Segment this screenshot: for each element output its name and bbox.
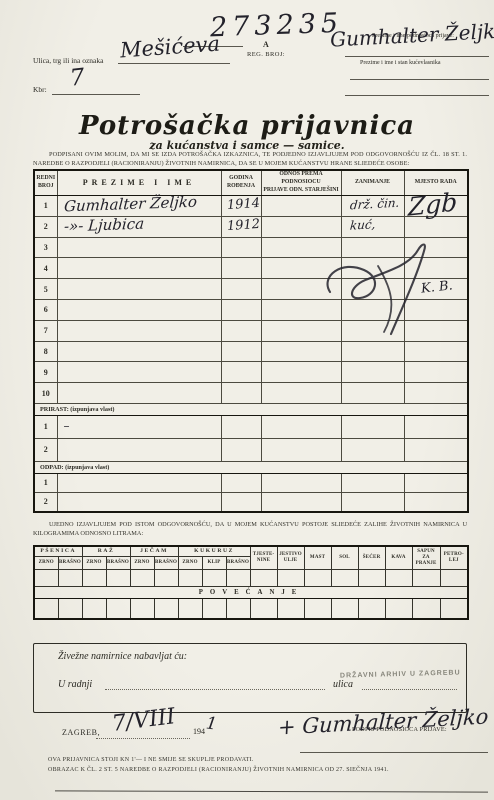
sub-header: BRAŠNO xyxy=(106,557,130,570)
occupation-cell: drž. čin. xyxy=(341,196,404,217)
relation-cell xyxy=(261,362,341,383)
relation-cell xyxy=(261,383,341,404)
empty-cell xyxy=(226,599,250,620)
applicant-name-handwritten: Gumhalter Željko xyxy=(330,20,494,49)
persons-table-wrap: REDNI BROJPREZIME I IMEGODINA ROĐENJAODN… xyxy=(33,169,469,513)
odpad-row: 2 xyxy=(34,492,468,512)
row-number: 2 xyxy=(34,492,57,512)
supplies-table: PŠENICARAŽJEČAMKUKURUZTJESTE- NINEJESTIV… xyxy=(33,545,469,620)
document-page: 273235 A REG. BROJ: Prezime i ime podnos… xyxy=(0,0,494,800)
landlord-line-2 xyxy=(345,95,489,96)
handwritten-dash: – xyxy=(64,420,70,432)
name-handwritten: Gumhalter Željko xyxy=(63,195,197,215)
column-header: SOL xyxy=(331,546,358,570)
empty-cell xyxy=(202,599,226,620)
reg-number-handwritten: 273235 xyxy=(210,10,344,42)
row-number: 1 xyxy=(34,473,57,492)
empty-cell xyxy=(304,570,331,587)
empty-cell xyxy=(34,599,58,620)
empty-cell xyxy=(106,570,130,587)
empty-cell xyxy=(341,415,404,438)
birth-year-cell xyxy=(221,299,261,320)
ulica-label: ulica xyxy=(333,679,353,690)
house-number-handwritten: 7 xyxy=(69,66,86,90)
column-header: SAPUN ZA PRANJE xyxy=(412,546,440,570)
row-number: 1 xyxy=(34,196,57,217)
empty-cell xyxy=(261,492,341,512)
name-handwritten: -»- Ljubica xyxy=(63,216,144,234)
table-row: 8 xyxy=(34,341,468,362)
sub-header: BRAŠNO xyxy=(154,557,178,570)
applicant-line xyxy=(345,56,489,57)
row-number: 2 xyxy=(34,438,57,461)
odpad-row: 1 xyxy=(34,473,468,492)
shop-label: U radnji xyxy=(58,679,92,690)
intro-paragraph: PODPISANI OVIM MOLIM, DA MI SE IZDA POTR… xyxy=(33,150,467,169)
row-number: 5 xyxy=(34,279,57,300)
supplies-table-wrap: PŠENICARAŽJEČAMKUKURUZTJESTE- NINEJESTIV… xyxy=(33,545,469,620)
empty-cell xyxy=(34,570,58,587)
workplace-cell xyxy=(404,383,468,404)
supplies-data-row xyxy=(34,570,468,587)
name-cell xyxy=(57,492,221,512)
purchase-title: Živežne namirnice nabavljat ću: xyxy=(58,651,187,662)
occupation-cell xyxy=(341,362,404,383)
group-header: PŠENICA xyxy=(34,546,82,557)
empty-cell xyxy=(385,599,412,620)
name-cell xyxy=(57,341,221,362)
empty-cell xyxy=(130,599,154,620)
scan-edge-line xyxy=(55,790,488,792)
occupation-cell xyxy=(341,383,404,404)
empty-cell xyxy=(304,599,331,620)
landlord-label: Prezime i ime i stan kućevlasnika xyxy=(360,60,440,66)
column-header: MAST xyxy=(304,546,331,570)
name-cell xyxy=(57,258,221,279)
occupation-handwritten: drž. čin. xyxy=(349,197,399,212)
prirast-row: 2 xyxy=(34,438,468,461)
empty-cell xyxy=(412,599,440,620)
section-label: PRIRAST: (izpunjava vlast) xyxy=(34,403,468,415)
row-number: 3 xyxy=(34,237,57,258)
empty-cell xyxy=(154,599,178,620)
empty-cell xyxy=(440,570,468,587)
group-header: RAŽ xyxy=(82,546,130,557)
empty-cell xyxy=(221,492,261,512)
reg-broj-label: REG. BROJ: xyxy=(247,51,285,58)
name-cell: – xyxy=(57,415,221,438)
table-row: 1Gumhalter Željko1914drž. čin. xyxy=(34,196,468,217)
sub-header: ZRNO xyxy=(130,557,154,570)
column-header: REDNI BROJ xyxy=(34,170,57,196)
sub-header: ZRNO xyxy=(34,557,58,570)
street-label: Ulica, trg ili ina oznaka xyxy=(33,56,103,65)
empty-cell xyxy=(404,473,468,492)
empty-cell xyxy=(358,570,385,587)
birth-year-cell xyxy=(221,320,261,341)
form-reference-note: OBRAZAC K ČL. 2 ST. 5 NAREDBE O RAZPODJE… xyxy=(48,767,389,773)
handwritten-flourish xyxy=(318,234,468,339)
povecanje-row: POVEĆANJE xyxy=(34,587,468,599)
street-handwritten: Mešićeva xyxy=(119,34,220,62)
birth-year-cell: 1914 xyxy=(221,196,261,217)
empty-cell xyxy=(341,438,404,461)
empty-cell xyxy=(331,570,358,587)
row-number: 1 xyxy=(34,415,57,438)
birth-year-cell xyxy=(221,362,261,383)
sub-header: ZRNO xyxy=(178,557,202,570)
prirast-section-label: PRIRAST: (izpunjava vlast) xyxy=(34,403,468,415)
povecanje-label: POVEĆANJE xyxy=(34,587,468,599)
sub-header: BRAŠNO xyxy=(58,557,82,570)
empty-cell xyxy=(261,438,341,461)
empty-cell xyxy=(226,570,250,587)
relation-cell xyxy=(261,196,341,217)
birth-year-handwritten: 1914 xyxy=(226,197,260,212)
empty-cell xyxy=(130,570,154,587)
empty-cell xyxy=(261,473,341,492)
empty-cell xyxy=(221,438,261,461)
empty-cell xyxy=(221,473,261,492)
ulica-line xyxy=(362,689,457,690)
house-number-label: Kbr: xyxy=(33,85,47,94)
occupation-handwritten: kuć, xyxy=(349,218,376,231)
empty-cell xyxy=(58,570,82,587)
form-title: Potrošačka prijavnica xyxy=(0,111,494,141)
birth-year-cell xyxy=(221,341,261,362)
date-line xyxy=(96,738,190,739)
empty-cell xyxy=(261,415,341,438)
section-label: ODPAD: (izpunjava vlast) xyxy=(34,461,468,473)
empty-cell xyxy=(58,599,82,620)
signature-line xyxy=(300,752,488,753)
empty-cell xyxy=(404,438,468,461)
year-label: 194 xyxy=(193,727,205,736)
row-number: 9 xyxy=(34,362,57,383)
empty-cell xyxy=(178,599,202,620)
birth-year-cell xyxy=(221,279,261,300)
name-cell xyxy=(57,383,221,404)
group-header: KUKURUZ xyxy=(178,546,250,557)
name-cell xyxy=(57,237,221,258)
empty-cell xyxy=(154,570,178,587)
empty-cell xyxy=(385,570,412,587)
empty-cell xyxy=(341,492,404,512)
empty-cell xyxy=(202,570,226,587)
supplies-data-row xyxy=(34,599,468,620)
name-cell xyxy=(57,362,221,383)
name-cell: -»- Ljubica xyxy=(57,216,221,237)
column-header: KAVA xyxy=(385,546,412,570)
name-cell xyxy=(57,438,221,461)
column-header: ODNOS PREMA PODNOSIOCU PRIJAVE ODN. STAR… xyxy=(261,170,341,196)
workplace-cell xyxy=(404,362,468,383)
column-header: ŠEĆER xyxy=(358,546,385,570)
column-header: JESTIVO ULJE xyxy=(277,546,304,570)
sub-header: ZRNO xyxy=(82,557,106,570)
column-header: ZANIMANJE xyxy=(341,170,404,196)
empty-cell xyxy=(412,570,440,587)
persons-table: REDNI BROJPREZIME I IMEGODINA ROĐENJAODN… xyxy=(33,169,469,513)
name-cell: Gumhalter Željko xyxy=(57,196,221,217)
relation-cell xyxy=(261,341,341,362)
prirast-row: 1– xyxy=(34,415,468,438)
street-line xyxy=(118,63,230,64)
row-number: 6 xyxy=(34,299,57,320)
group-header: JEČAM xyxy=(130,546,178,557)
name-cell xyxy=(57,279,221,300)
empty-cell xyxy=(221,415,261,438)
year-digit-handwritten: 1 xyxy=(205,715,218,733)
birth-year-cell: 1912 xyxy=(221,216,261,237)
name-cell xyxy=(57,473,221,492)
column-header: PETRO- LEJ xyxy=(440,546,468,570)
sub-header: KLIP xyxy=(202,557,226,570)
birth-year-handwritten: 1912 xyxy=(226,218,260,233)
column-header: TJESTE- NINE xyxy=(250,546,277,570)
price-note: OVA PRIJAVNICA STOJI KN 1'— I NE SMIJE S… xyxy=(48,757,254,763)
sub-header: BRAŠNO xyxy=(226,557,250,570)
birth-year-cell xyxy=(221,237,261,258)
empty-cell xyxy=(250,599,277,620)
empty-cell xyxy=(277,599,304,620)
reg-number-subscript: A xyxy=(263,40,269,49)
city-label: ZAGREB, xyxy=(62,728,100,737)
table-row: 10 xyxy=(34,383,468,404)
date-handwritten: 7/VIII xyxy=(111,706,177,736)
empty-cell xyxy=(341,473,404,492)
odpad-section-label: ODPAD: (izpunjava vlast) xyxy=(34,461,468,473)
row-number: 10 xyxy=(34,383,57,404)
birth-year-cell xyxy=(221,258,261,279)
supplies-paragraph: UJEDNO IZJAVLJUJEM POD ISTOM ODGOVORNOŠĆ… xyxy=(33,520,467,539)
row-number: 4 xyxy=(34,258,57,279)
empty-cell xyxy=(331,599,358,620)
empty-cell xyxy=(358,599,385,620)
workplace-handwritten: Zgb xyxy=(408,189,458,219)
empty-cell xyxy=(82,599,106,620)
landlord-line-1 xyxy=(350,79,489,80)
occupation-cell xyxy=(341,341,404,362)
workplace-cell xyxy=(404,341,468,362)
row-number: 2 xyxy=(34,216,57,237)
birth-year-cell xyxy=(221,383,261,404)
row-number: 8 xyxy=(34,341,57,362)
empty-cell xyxy=(440,599,468,620)
house-number-line xyxy=(52,94,140,95)
empty-cell xyxy=(250,570,277,587)
group-header-row: PŠENICARAŽJEČAMKUKURUZTJESTE- NINEJESTIV… xyxy=(34,546,468,557)
table-row: 9 xyxy=(34,362,468,383)
row-number: 7 xyxy=(34,320,57,341)
name-cell xyxy=(57,320,221,341)
empty-cell xyxy=(277,570,304,587)
empty-cell xyxy=(178,570,202,587)
empty-cell xyxy=(404,492,468,512)
empty-cell xyxy=(82,570,106,587)
shop-line xyxy=(105,689,325,690)
empty-cell xyxy=(106,599,130,620)
empty-cell xyxy=(404,415,468,438)
column-header: GODINA ROĐENJA xyxy=(221,170,261,196)
name-cell xyxy=(57,299,221,320)
